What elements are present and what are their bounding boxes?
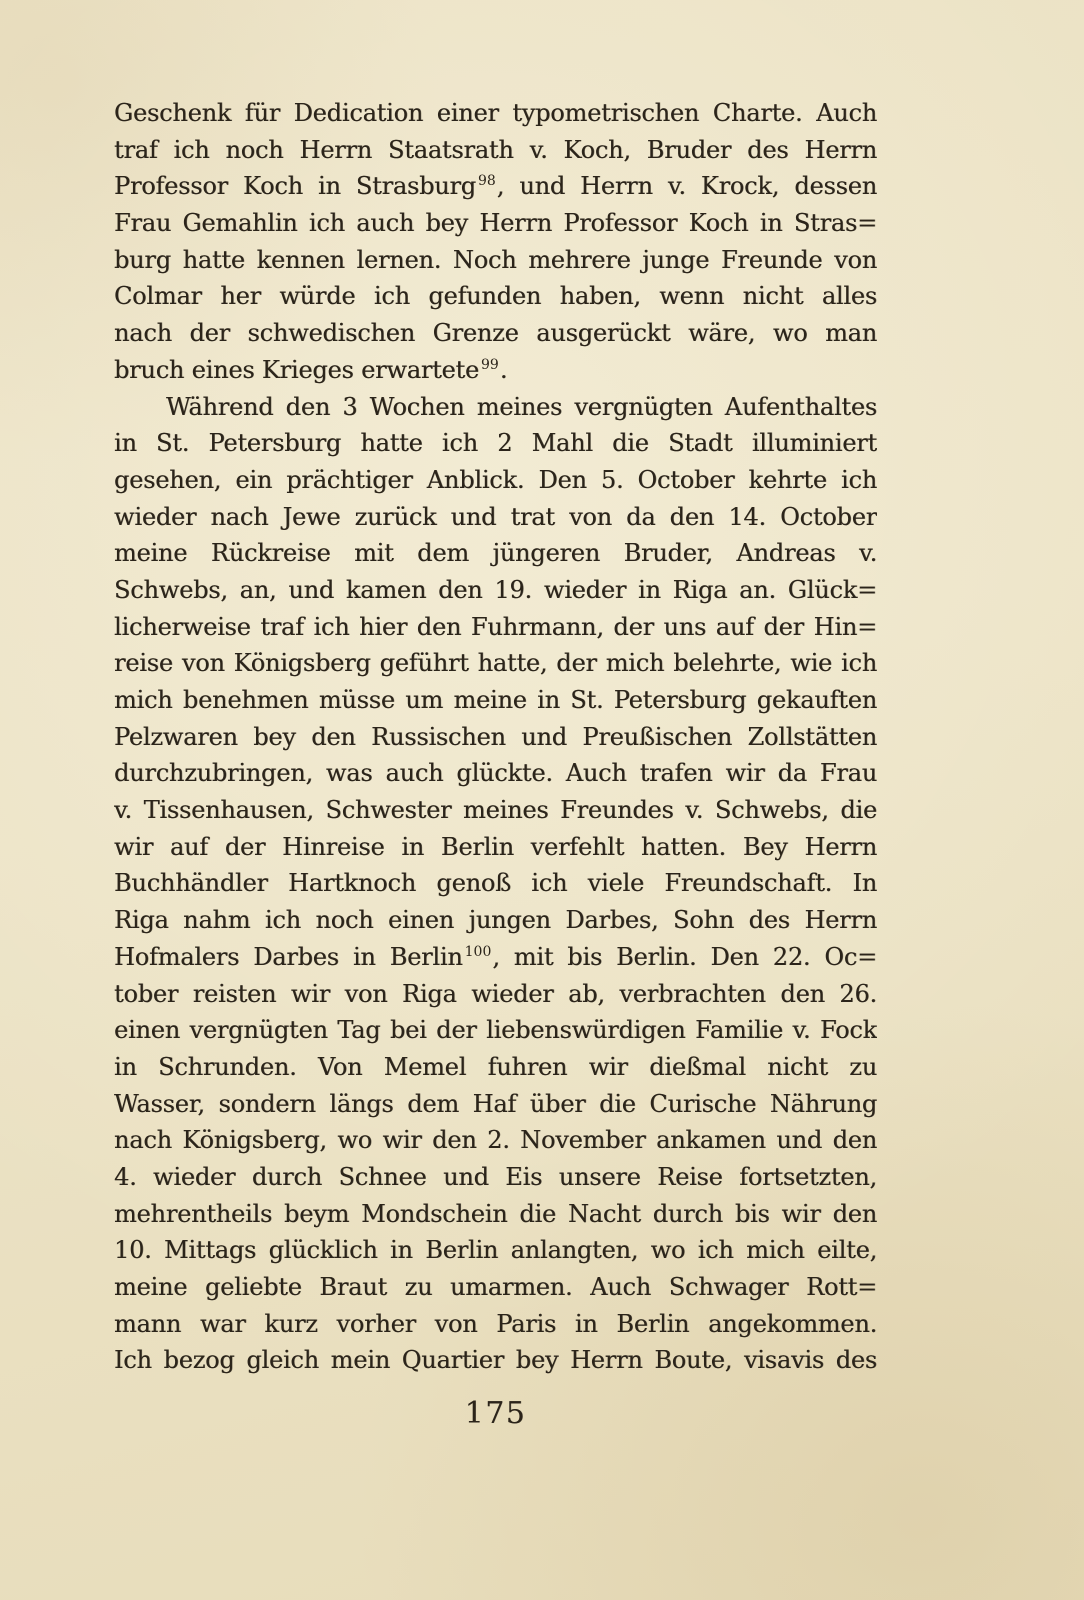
footnote-reference: 98: [478, 173, 496, 189]
text-line: durchzubringen, was auch glückte. Auch t…: [114, 755, 877, 792]
text-run: bruch eines Krieges erwartete: [114, 356, 479, 384]
text-line: gesehen, ein prächtiger Anblick. Den 5. …: [114, 462, 877, 499]
paragraph: Geschenk für Dedication einer typometris…: [114, 95, 877, 389]
text-line: Ich bezog gleich mein Quartier bey Herrn…: [114, 1342, 877, 1379]
text-run: , und Herrn v. Krock, dessen: [497, 172, 877, 200]
text-line: einen vergnügten Tag bei der liebenswürd…: [114, 1012, 877, 1049]
text-run: 4. wieder durch Schnee und Eis unsere Re…: [114, 1163, 877, 1191]
text-line: mehrentheils beym Mondschein die Nacht d…: [114, 1196, 877, 1233]
text-line: Hofmalers Darbes in Berlin100, mit bis B…: [114, 939, 877, 976]
text-line: nach Königsberg, wo wir den 2. November …: [114, 1122, 877, 1159]
text-run: Wasser, sondern längs dem Haf über die C…: [114, 1090, 877, 1118]
text-line: wir auf der Hinreise in Berlin verfehlt …: [114, 829, 877, 866]
text-line: mann war kurz vorher von Paris in Berlin…: [114, 1306, 877, 1343]
text-line: Geschenk für Dedication einer typometris…: [114, 95, 877, 132]
text-line: Während den 3 Wochen meines vergnügten A…: [114, 389, 877, 426]
text-line: tober reisten wir von Riga wieder ab, ve…: [114, 976, 877, 1013]
text-line: in St. Petersburg hatte ich 2 Mahl die S…: [114, 425, 877, 462]
text-run: Geschenk für Dedication einer typometris…: [114, 99, 877, 127]
text-line: wieder nach Jewe zurück und trat von da …: [114, 499, 877, 536]
text-run: traf ich noch Herrn Staatsrath v. Koch, …: [114, 136, 877, 164]
text-run: tober reisten wir von Riga wieder ab, ve…: [114, 980, 877, 1008]
text-line: in Schrunden. Von Memel fuhren wir dießm…: [114, 1049, 877, 1086]
text-line: 4. wieder durch Schnee und Eis unsere Re…: [114, 1159, 877, 1196]
text-run: wieder nach Jewe zurück und trat von da …: [114, 503, 877, 531]
text-line: meine Rückreise mit dem jüngeren Bruder,…: [114, 535, 877, 572]
text-run: mich benehmen müsse um meine in St. Pete…: [114, 686, 877, 714]
text-run: Hofmalers Darbes in Berlin: [114, 943, 463, 971]
text-line: nach der schwedischen Grenze ausgerückt …: [114, 315, 877, 352]
text-line: 10. Mittags glücklich in Berlin anlangte…: [114, 1232, 877, 1269]
text-line: Buchhändler Hartknoch genoß ich viele Fr…: [114, 865, 877, 902]
text-run: wir auf der Hinreise in Berlin verfehlt …: [114, 833, 877, 861]
text-run: Pelzwaren bey den Russischen und Preußis…: [114, 723, 877, 751]
text-line: Riga nahm ich noch einen jungen Darbes, …: [114, 902, 877, 939]
text-run: , mit bis Berlin. Den 22. Oc=: [492, 943, 877, 971]
text-line: Schwebs, an, und kamen den 19. wieder in…: [114, 572, 877, 609]
text-run: in Schrunden. Von Memel fuhren wir dießm…: [114, 1053, 877, 1081]
page-number: 175: [114, 1396, 877, 1431]
text-run: meine geliebte Braut zu umarmen. Auch Sc…: [114, 1273, 877, 1301]
text-run: Professor Koch in Strasburg: [114, 172, 476, 200]
paragraph: Während den 3 Wochen meines vergnügten A…: [114, 389, 877, 1380]
text-line: Pelzwaren bey den Russischen und Preußis…: [114, 719, 877, 756]
text-line: meine geliebte Braut zu umarmen. Auch Sc…: [114, 1269, 877, 1306]
text-run: v. Tissenhausen, Schwester meines Freund…: [114, 796, 877, 824]
text-line: Frau Gemahlin ich auch bey Herrn Profess…: [114, 205, 877, 242]
text-run: in St. Petersburg hatte ich 2 Mahl die S…: [114, 429, 877, 457]
footnote-reference: 100: [465, 944, 492, 960]
text-run: burg hatte kennen lernen. Noch mehrere j…: [114, 246, 877, 274]
text-run: Frau Gemahlin ich auch bey Herrn Profess…: [114, 209, 877, 237]
text-run: nach der schwedischen Grenze ausgerückt …: [114, 319, 877, 352]
text-line: reise von Königsberg geführt hatte, der …: [114, 645, 877, 682]
text-run: einen vergnügten Tag bei der liebenswürd…: [114, 1016, 877, 1044]
text-line: Professor Koch in Strasburg98, und Herrn…: [114, 168, 877, 205]
text-run: Colmar her würde ich gefunden haben, wen…: [114, 282, 877, 315]
text-run: Ich bezog gleich mein Quartier bey Herrn…: [114, 1346, 877, 1374]
text-run: mehrentheils beym Mondschein die Nacht d…: [114, 1200, 877, 1228]
text-run: 10. Mittags glücklich in Berlin anlangte…: [114, 1236, 877, 1264]
text-run: .: [500, 356, 507, 384]
text-line: mich benehmen müsse um meine in St. Pete…: [114, 682, 877, 719]
text-run: licherweise traf ich hier den Fuhrmann, …: [114, 613, 877, 641]
text-run: gesehen, ein prächtiger Anblick. Den 5. …: [114, 466, 877, 494]
text-run: Schwebs, an, und kamen den 19. wieder in…: [114, 576, 877, 604]
text-line: Wasser, sondern längs dem Haf über die C…: [114, 1086, 877, 1123]
footnote-reference: 99: [481, 357, 499, 373]
text-line: v. Tissenhausen, Schwester meines Freund…: [114, 792, 877, 829]
text-block: Geschenk für Dedication einer typometris…: [114, 95, 877, 1379]
text-line: bruch eines Krieges erwartete99.: [114, 352, 877, 389]
text-run: reise von Königsberg geführt hatte, der …: [114, 649, 877, 677]
book-page: Geschenk für Dedication einer typometris…: [0, 0, 1084, 1600]
text-line: traf ich noch Herrn Staatsrath v. Koch, …: [114, 132, 877, 169]
text-run: mann war kurz vorher von Paris in Berlin…: [114, 1310, 877, 1338]
text-line: Colmar her würde ich gefunden haben, wen…: [114, 278, 877, 315]
text-run: Während den 3 Wochen meines vergnügten A…: [166, 393, 877, 421]
text-run: Riga nahm ich noch einen jungen Darbes, …: [114, 906, 877, 934]
text-run: durchzubringen, was auch glückte. Auch t…: [114, 759, 877, 787]
text-run: meine Rückreise mit dem jüngeren Bruder,…: [114, 539, 877, 567]
text-run: Buchhändler Hartknoch genoß ich viele Fr…: [114, 869, 877, 897]
text-line: burg hatte kennen lernen. Noch mehrere j…: [114, 242, 877, 279]
text-line: licherweise traf ich hier den Fuhrmann, …: [114, 609, 877, 646]
text-run: nach Königsberg, wo wir den 2. November …: [114, 1126, 877, 1154]
